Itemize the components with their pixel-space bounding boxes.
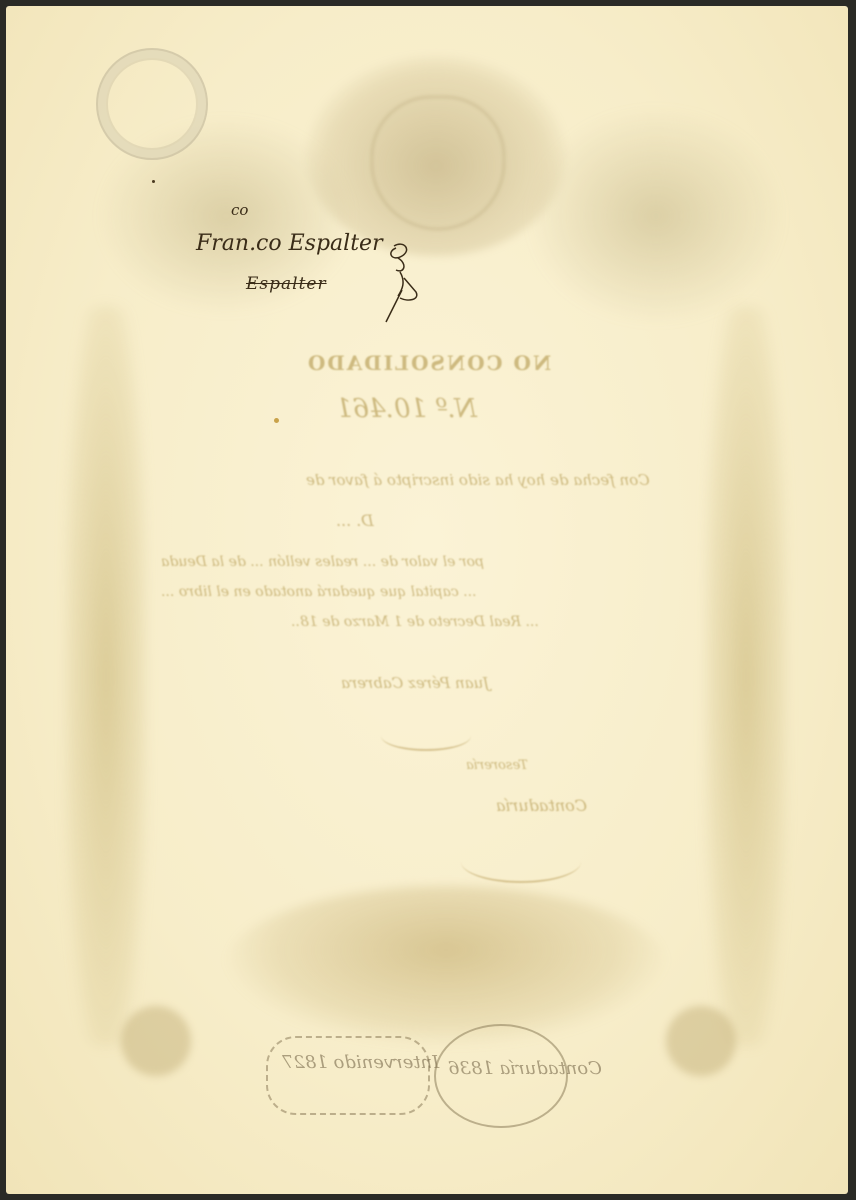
show-through-line-1: Con fecha de hoy ha sido inscripto á fav… bbox=[306, 471, 650, 489]
document-page: NO CONSOLIDADO N.º 10.461 Con fecha de h… bbox=[6, 6, 848, 1194]
show-through-tesoreria: Tesorería bbox=[466, 758, 528, 773]
stamp-oval: Contaduría 1836 bbox=[434, 1024, 568, 1128]
stamp-rectangular: Intervenido 1827 bbox=[266, 1036, 430, 1115]
embossed-seal bbox=[96, 48, 208, 160]
show-through-line-4: ... capital que quedará anotado en el li… bbox=[161, 584, 477, 600]
show-through-ornament-ball-right bbox=[666, 1006, 736, 1076]
show-through-banner-right bbox=[526, 106, 786, 326]
show-through-frame-right bbox=[706, 306, 786, 1046]
show-through-ornament-ball-left bbox=[121, 1006, 191, 1076]
paper-spot bbox=[274, 418, 279, 423]
show-through-flourish-1 bbox=[381, 721, 471, 751]
ink-dot bbox=[152, 180, 155, 183]
show-through-line-5: ... Real Decreto de 1 Marzo de 18.. bbox=[291, 614, 539, 630]
rubric-flourish-icon bbox=[364, 238, 424, 326]
show-through-line-2: D. ... bbox=[336, 511, 374, 530]
handwritten-superscript: co bbox=[231, 201, 248, 219]
show-through-frame-left bbox=[66, 306, 146, 1046]
show-through-line-3: por el valor de ... reales vellón ... de… bbox=[161, 554, 484, 570]
show-through-title: NO CONSOLIDADO bbox=[306, 351, 551, 375]
show-through-bottom-ornament bbox=[226, 886, 666, 1046]
show-through-serial: N.º 10.461 bbox=[336, 394, 477, 424]
handwritten-struck-line: Espalter bbox=[246, 274, 327, 294]
show-through-signature-2: Contaduría bbox=[496, 796, 587, 815]
handwritten-endorsement: Fran.co Espalter bbox=[196, 231, 383, 256]
show-through-signature-line: Juan Pérez Cabrera bbox=[341, 674, 489, 692]
show-through-shield bbox=[371, 96, 505, 230]
stamp-oval-text: Contaduría 1836 bbox=[448, 1058, 602, 1079]
stamp-rect-text: Intervenido 1827 bbox=[282, 1052, 439, 1073]
show-through-flourish-2 bbox=[461, 841, 581, 883]
